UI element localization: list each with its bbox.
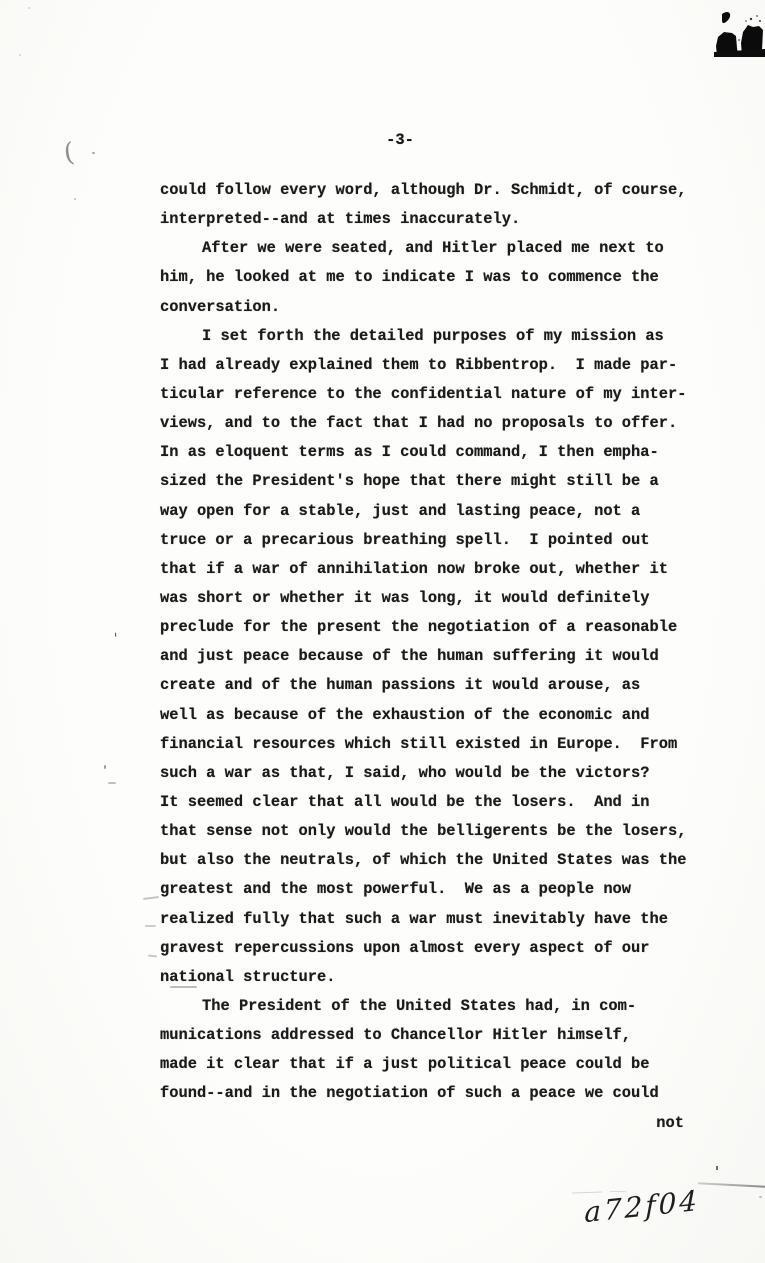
ink-stain: [712, 10, 765, 60]
text-line: national structure.: [160, 963, 694, 992]
margin-smudge: [145, 925, 156, 927]
text-line: and just peace because of the human suff…: [160, 642, 694, 671]
text-line: I had already explained them to Ribbentr…: [160, 351, 694, 380]
margin-smudge: [148, 955, 157, 958]
text-line: conversation.: [160, 293, 694, 322]
text-line: was short or whether it was long, it wou…: [160, 584, 694, 613]
pencil-mark-paren: (: [62, 137, 76, 168]
text-line: It seemed clear that all would be the lo…: [160, 788, 694, 817]
text-line: financial resources which still existed …: [160, 730, 694, 759]
pencil-dot: [74, 198, 76, 200]
text-line: preclude for the present the negotiation…: [160, 613, 694, 642]
text-line: made it clear that if a just political p…: [160, 1050, 694, 1079]
typed-text-block: could follow every word, although Dr. Sc…: [160, 176, 694, 1138]
document-page: -3- ( ' could follow every word, althoug…: [0, 0, 765, 1263]
text-line: well as because of the exhaustion of the…: [160, 701, 694, 730]
text-line: views, and to the fact that I had no pro…: [160, 409, 694, 438]
text-line: way open for a stable, just and lasting …: [160, 497, 694, 526]
scan-speck: [759, 1196, 762, 1198]
text-line: ticular reference to the confidential na…: [160, 380, 694, 409]
pencil-dot: [104, 765, 106, 769]
scan-speck: [19, 54, 21, 56]
text-line: realized fully that such a war must inev…: [160, 905, 694, 934]
margin-smudge: [108, 782, 116, 784]
pencil-mark-tick: ': [113, 631, 118, 647]
margin-smudge: [143, 896, 159, 900]
scan-artifact-dash: [572, 1191, 602, 1193]
text-line: that if a war of annihilation now broke …: [160, 555, 694, 584]
scan-artifact-line: [698, 1182, 765, 1188]
text-line: munications addressed to Chancellor Hitl…: [160, 1021, 694, 1050]
text-line: create and of the human passions it woul…: [160, 671, 694, 700]
text-line: found--and in the negotiation of such a …: [160, 1079, 694, 1108]
text-line: truce or a precarious breathing spell. I…: [160, 526, 694, 555]
text-line: sized the President's hope that there mi…: [160, 467, 694, 496]
pencil-dot: [92, 152, 95, 154]
page-number: -3-: [160, 131, 640, 149]
text-line: could follow every word, although Dr. Sc…: [160, 176, 694, 205]
text-line: The President of the United States had, …: [160, 992, 694, 1021]
text-line: him, he looked at me to indicate I was t…: [160, 263, 694, 292]
scan-speck: [28, 7, 30, 9]
text-line: interpreted--and at times inaccurately.: [160, 205, 694, 234]
text-line: In as eloquent terms as I could command,…: [160, 438, 694, 467]
text-line: but also the neutrals, of which the Unit…: [160, 846, 694, 875]
text-line: that sense not only would the belligeren…: [160, 817, 694, 846]
text-line: such a war as that, I said, who would be…: [160, 759, 694, 788]
text-line: After we were seated, and Hitler placed …: [160, 234, 694, 263]
text-line: greatest and the most powerful. We as a …: [160, 875, 694, 904]
text-line: not: [160, 1109, 694, 1138]
text-line: I set forth the detailed purposes of my …: [160, 322, 694, 351]
scan-artifact-dot: [716, 1166, 718, 1170]
text-line: gravest repercussions upon almost every …: [160, 934, 694, 963]
